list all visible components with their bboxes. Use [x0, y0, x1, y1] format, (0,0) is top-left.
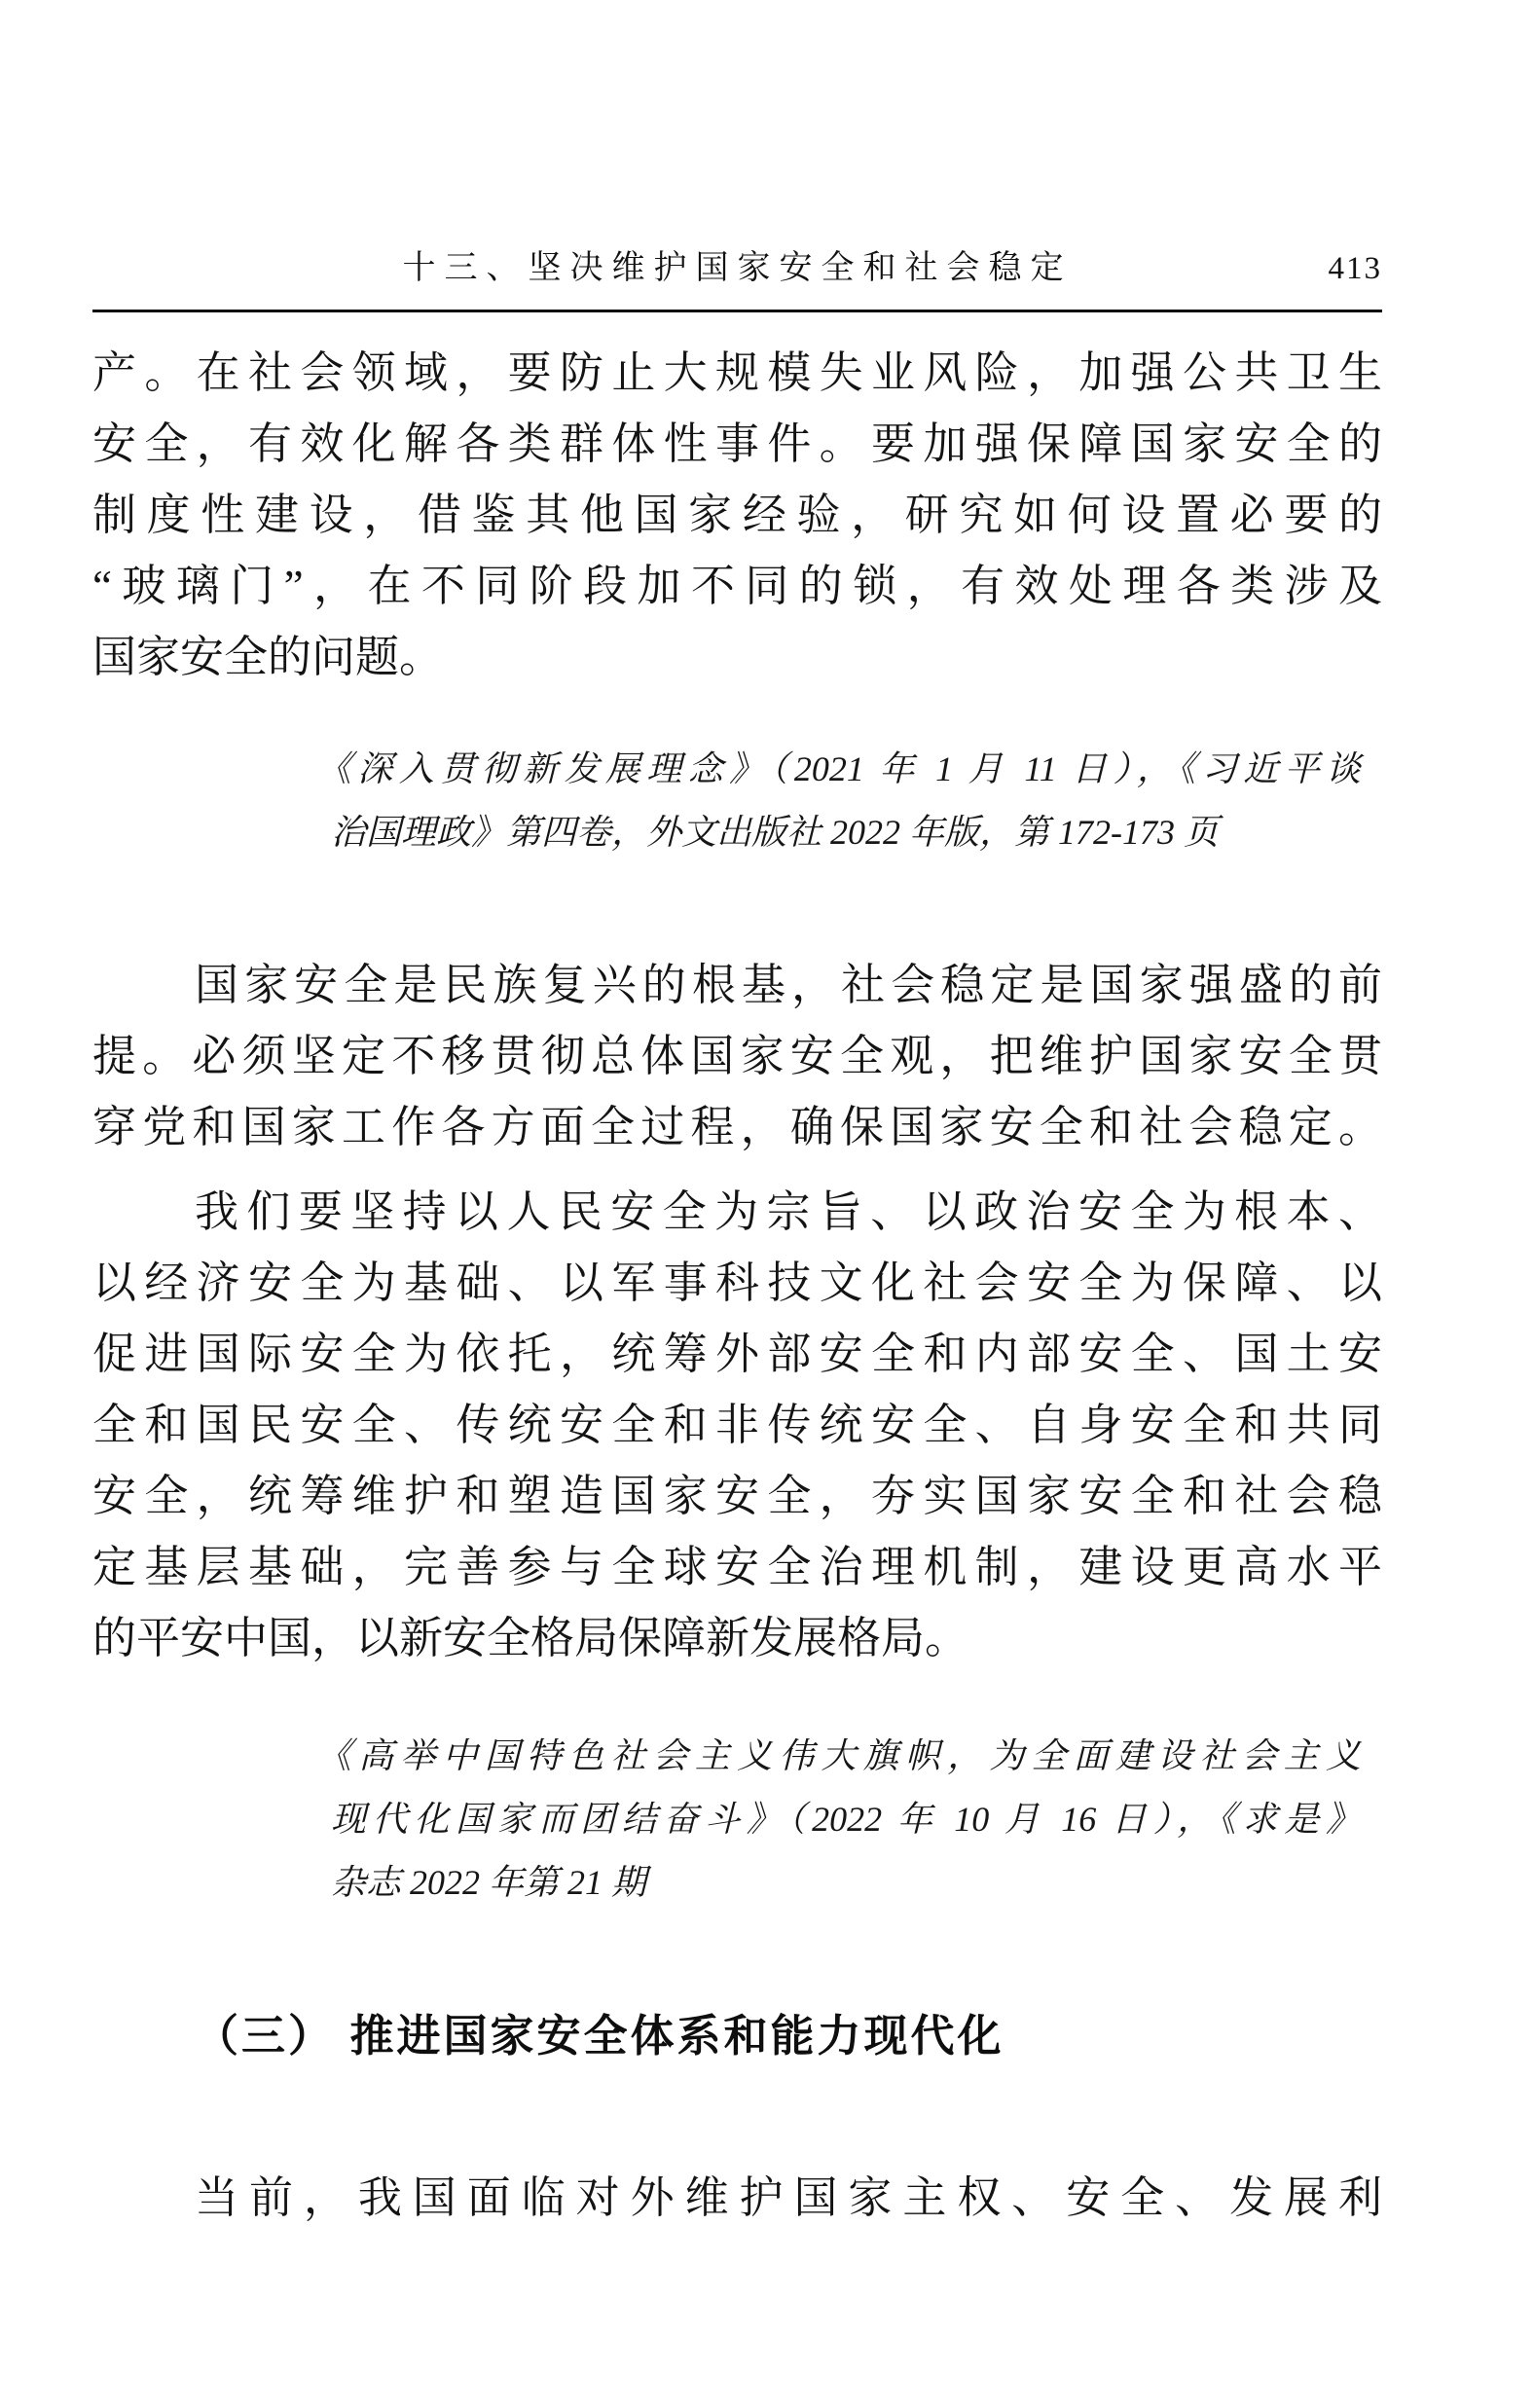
text-line: 产。在社会领域，要防止大规模失业风险，加强公共卫生 — [92, 338, 1382, 409]
section-heading: （三） 推进国家安全体系和能力现代化 — [92, 2007, 1382, 2065]
paragraph-continuation: 产。在社会领域，要防止大规模失业风险，加强公共卫生 安全，有效化解各类群体性事件… — [92, 338, 1382, 693]
quote-citation-1: 《深入贯彻新发展理念》（2021 年 1 月 11 日），《习近平谈 治国理政》… — [331, 738, 1361, 864]
text-line: 的平安中国，以新安全格局保障新发展格局。 — [92, 1603, 1382, 1674]
text-line: “玻璃门”，在不同阶段加不同的锁，有效处理各类涉及 — [92, 551, 1382, 622]
citation-line: 治国理政》第四卷，外文出版社 2022 年版，第 172-173 页 — [331, 801, 1361, 864]
text-line: 当前，我国面临对外维护国家主权、安全、发展利 — [92, 2163, 1382, 2234]
text-line: 国家安全的问题。 — [92, 622, 1382, 693]
text-line: 国家安全是民族复兴的根基，社会稳定是国家强盛的前 — [92, 950, 1382, 1021]
text-line: 以经济安全为基础、以军事科技文化社会安全为保障、以 — [92, 1248, 1382, 1319]
citation-line: 《深入贯彻新发展理念》（2021 年 1 月 11 日），《习近平谈 — [331, 738, 1361, 801]
text-line: 安全，有效化解各类群体性事件。要加强保障国家安全的 — [92, 409, 1382, 480]
text-line: 穿党和国家工作各方面全过程，确保国家安全和社会稳定。 — [92, 1092, 1382, 1163]
running-title: 十三、坚决维护国家安全和社会稳定 — [92, 241, 1382, 296]
text-line: 促进国际安全为依托，统筹外部安全和内部安全、国土安 — [92, 1319, 1382, 1390]
paragraph-4: 当前，我国面临对外维护国家主权、安全、发展利 — [92, 2163, 1382, 2234]
text-line: 我们要坚持以人民安全为宗旨、以政治安全为根本、 — [92, 1177, 1382, 1248]
book-page: 十三、坚决维护国家安全和社会稳定 413 产。在社会领域，要防止大规模失业风险，… — [0, 0, 1534, 2408]
text-line: 安全，统筹维护和塑造国家安全，夯实国家安全和社会稳 — [92, 1461, 1382, 1532]
paragraph-3: 我们要坚持以人民安全为宗旨、以政治安全为根本、 以经济安全为基础、以军事科技文化… — [92, 1177, 1382, 1674]
paragraph-2: 国家安全是民族复兴的根基，社会稳定是国家强盛的前 提。必须坚定不移贯彻总体国家安… — [92, 950, 1382, 1163]
page-header: 十三、坚决维护国家安全和社会稳定 413 — [92, 241, 1382, 296]
page-number: 413 — [1329, 241, 1383, 296]
text-line: 定基层基础，完善参与全球安全治理机制，建设更高水平 — [92, 1532, 1382, 1603]
header-rule — [92, 310, 1382, 312]
citation-line: 《高举中国特色社会主义伟大旗帜，为全面建设社会主义 — [331, 1725, 1361, 1788]
text-line: 全和国民安全、传统安全和非传统安全、自身安全和共同 — [92, 1390, 1382, 1461]
citation-line: 杂志 2022 年第 21 期 — [331, 1851, 1361, 1915]
text-line: 提。必须坚定不移贯彻总体国家安全观，把维护国家安全贯 — [92, 1021, 1382, 1092]
text-line: 制度性建设，借鉴其他国家经验，研究如何设置必要的 — [92, 480, 1382, 551]
quote-citation-2: 《高举中国特色社会主义伟大旗帜，为全面建设社会主义 现代化国家而团结奋斗》（20… — [331, 1725, 1361, 1915]
page-content: 十三、坚决维护国家安全和社会稳定 413 产。在社会领域，要防止大规模失业风险，… — [0, 0, 1534, 2234]
citation-line: 现代化国家而团结奋斗》（2022 年 10 月 16 日），《求是》 — [331, 1788, 1361, 1851]
